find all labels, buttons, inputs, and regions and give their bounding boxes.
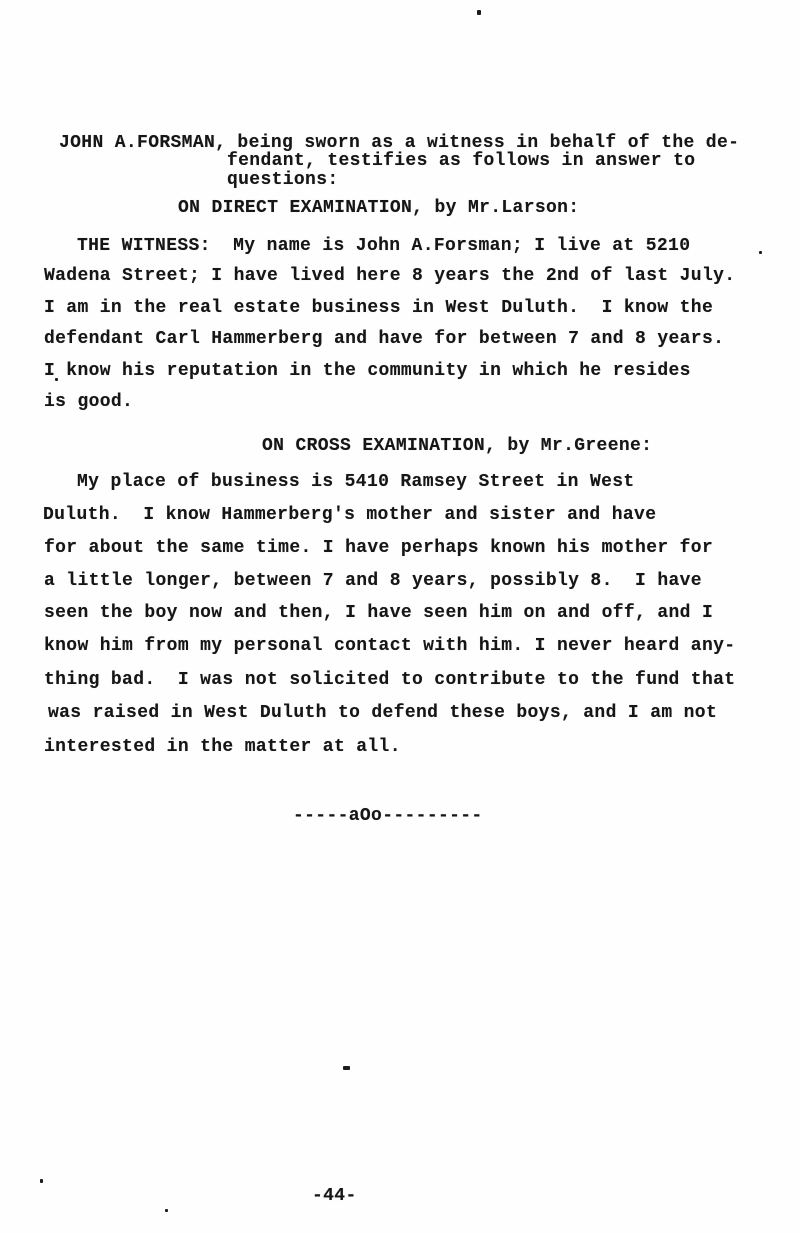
testimony-line: thing bad. I was not solicited to contri… <box>44 671 735 689</box>
testimony-line: Wadena Street; I have lived here 8 years… <box>44 267 735 285</box>
testimony-line: was raised in West Duluth to defend thes… <box>48 704 717 722</box>
ink-speck <box>477 10 481 15</box>
testimony-line: I know his reputation in the community i… <box>44 362 691 380</box>
testimony-line: a little longer, between 7 and 8 years, … <box>44 572 702 590</box>
direct-examination-heading: ON DIRECT EXAMINATION, by Mr.Larson: <box>178 199 579 217</box>
testimony-line: seen the boy now and then, I have seen h… <box>44 604 713 622</box>
testimony-line: I am in the real estate business in West… <box>44 299 713 317</box>
page-number: -44- <box>312 1187 357 1205</box>
transcript-page: JOHN A.FORSMAN, being sworn as a witness… <box>0 0 800 1233</box>
testimony-line: is good. <box>44 393 133 411</box>
testimony-line: THE WITNESS: My name is John A.Forsman; … <box>77 237 690 255</box>
testimony-line: defendant Carl Hammerberg and have for b… <box>44 330 724 348</box>
testimony-line: Duluth. I know Hammerberg's mother and s… <box>43 506 656 524</box>
testimony-line: for about the same time. I have perhaps … <box>44 539 713 557</box>
ink-speck <box>343 1066 350 1070</box>
testimony-line: know him from my personal contact with h… <box>44 637 735 655</box>
ink-speck <box>40 1179 43 1183</box>
swear-in-line: JOHN A.FORSMAN, being sworn as a witness… <box>59 134 739 152</box>
ink-speck <box>759 251 762 254</box>
swear-in-line: questions: <box>227 171 339 189</box>
testimony-line: interested in the matter at all. <box>44 738 401 756</box>
ink-speck <box>165 1209 168 1212</box>
ink-speck <box>55 378 58 381</box>
swear-in-line: fendant, testifies as follows in answer … <box>227 152 695 170</box>
testimony-line: My place of business is 5410 Ramsey Stre… <box>77 473 635 491</box>
cross-examination-heading: ON CROSS EXAMINATION, by Mr.Greene: <box>262 437 652 455</box>
section-divider: -----aOo--------- <box>293 807 483 825</box>
